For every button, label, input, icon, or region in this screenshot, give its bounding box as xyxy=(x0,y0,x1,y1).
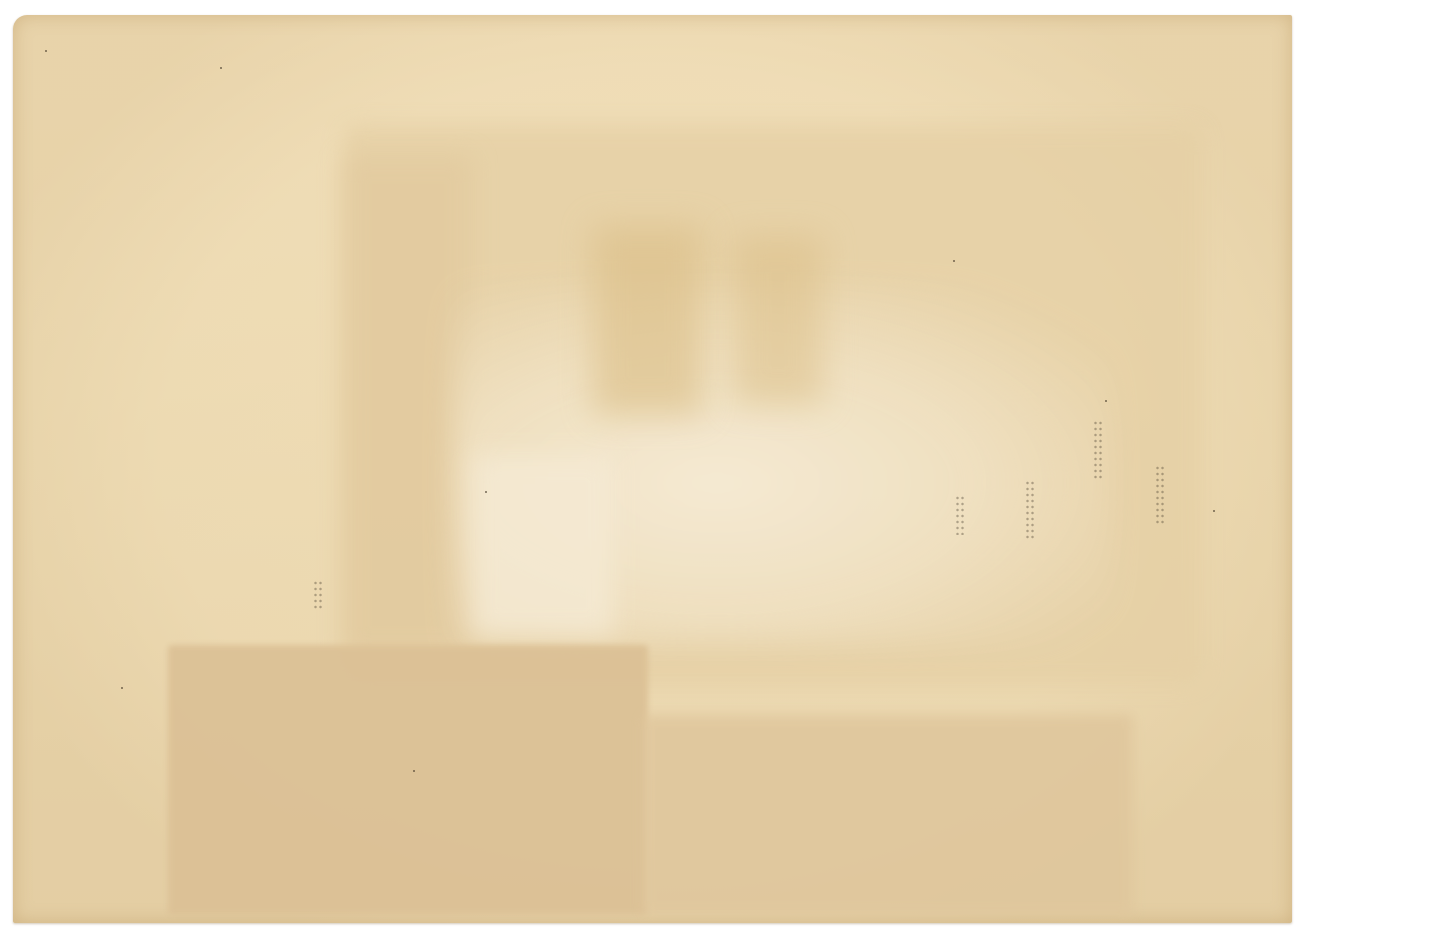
foxing-cluster xyxy=(313,580,323,610)
foxing-speck xyxy=(953,260,955,262)
foxing-cluster xyxy=(955,495,965,535)
aged-paper-card xyxy=(13,15,1292,923)
foxing-speck xyxy=(121,687,123,689)
foxing-speck xyxy=(220,67,222,69)
foxing-speck xyxy=(485,491,487,493)
dark-drip-stain xyxy=(733,235,823,405)
foxing-speck xyxy=(1213,510,1215,512)
foxing-speck xyxy=(45,50,47,52)
bottom-left-stain xyxy=(168,645,648,915)
foxing-speck xyxy=(1105,400,1107,402)
foxing-cluster xyxy=(1093,420,1103,480)
foxing-speck xyxy=(413,770,415,772)
dark-drip-stain xyxy=(593,225,703,415)
light-left-patch xyxy=(473,455,613,635)
scene xyxy=(0,0,1452,936)
foxing-cluster xyxy=(1025,480,1035,540)
foxing-cluster xyxy=(1155,465,1165,525)
bottom-middle-stain xyxy=(643,715,1133,915)
